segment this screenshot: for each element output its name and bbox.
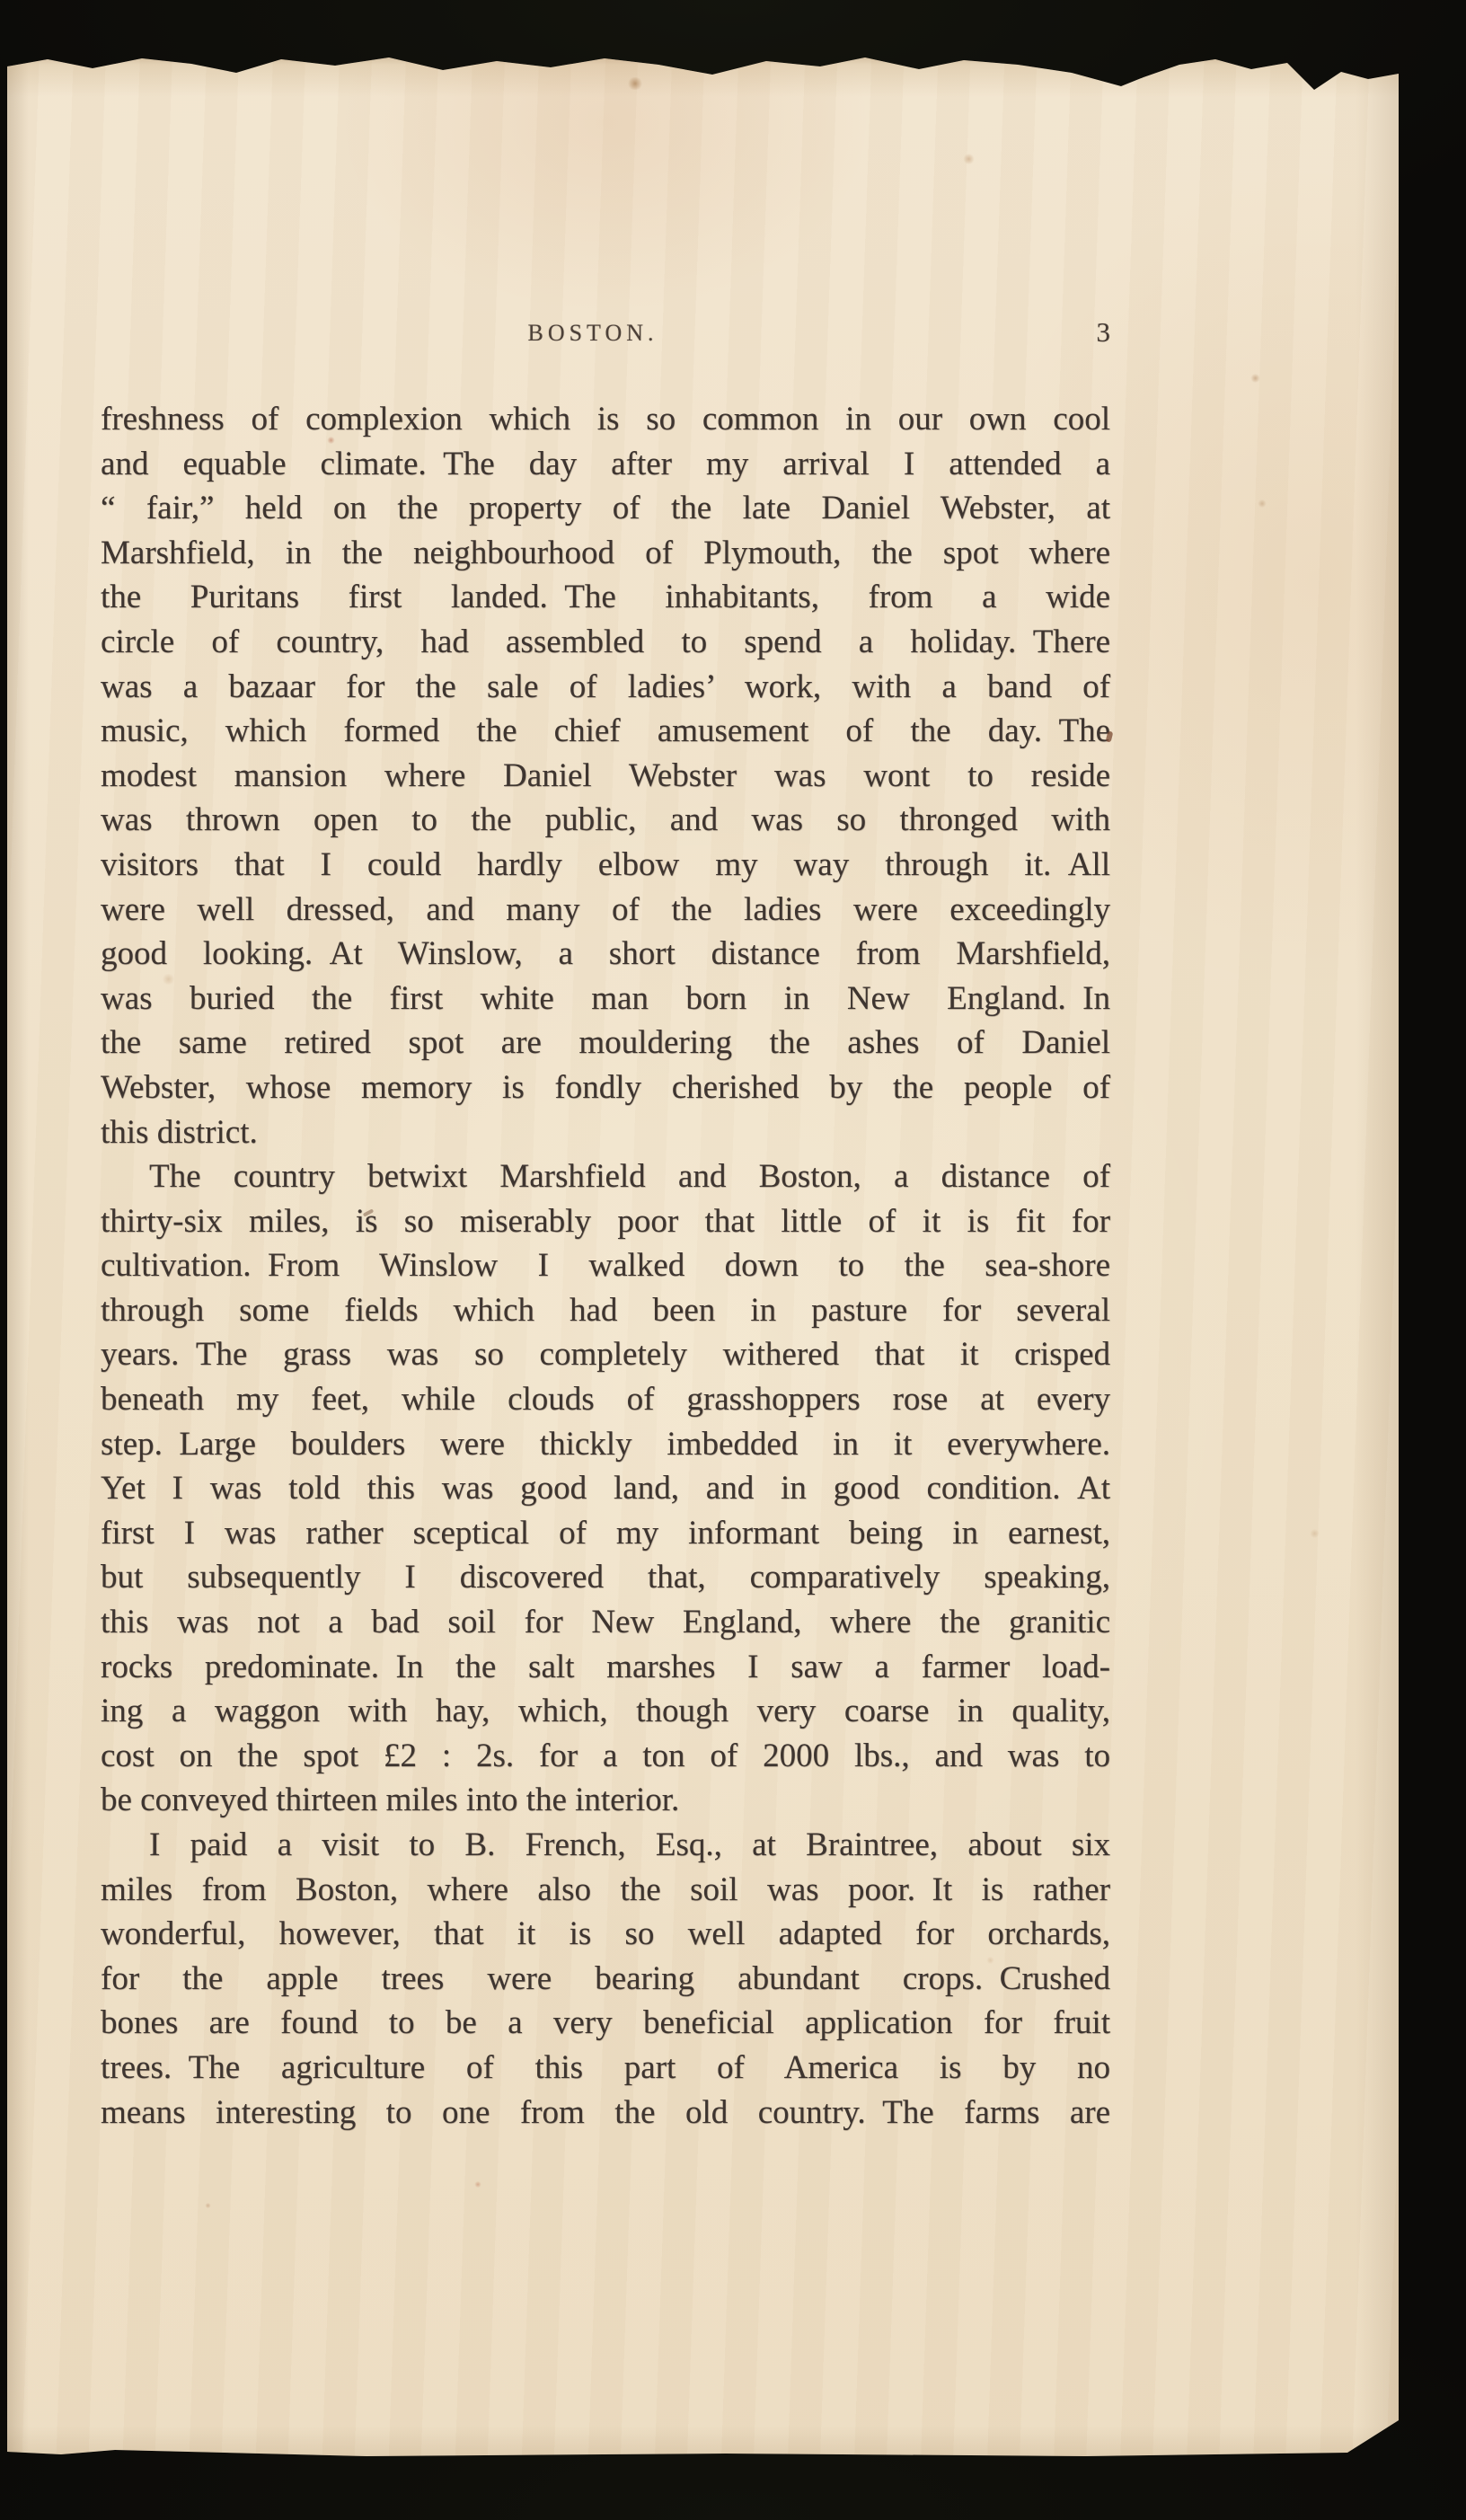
text-line: was thrown open to the public, and was s…	[101, 798, 1110, 843]
text-line: was a bazaar for the sale of ladies’ wor…	[101, 665, 1110, 710]
text-line: through some fields which had been in pa…	[101, 1288, 1110, 1333]
text-line: bones are found to be a very beneficial …	[101, 2001, 1110, 2046]
text-line: beneath my feet, while clouds of grassho…	[101, 1377, 1110, 1422]
text-line: wonderful, however, that it is so well a…	[101, 1912, 1110, 1957]
text-line: rocks predominate. In the salt marshes I…	[101, 1645, 1110, 1690]
text-line: were well dressed, and many of the ladie…	[101, 888, 1110, 933]
text-line: ing a waggon with hay, which, though ver…	[101, 1689, 1110, 1734]
text-line: trees. The agriculture of this part of A…	[101, 2046, 1110, 2091]
text-line: means interesting to one from the old co…	[101, 2091, 1110, 2135]
page-number: 3	[1097, 316, 1111, 349]
text-line: the Puritans first landed. The inhabitan…	[101, 575, 1110, 620]
text-line: the same retired spot are mouldering the…	[101, 1021, 1110, 1065]
foxing-spot	[474, 2181, 481, 2188]
text-line: thirty-six miles, is so miserably poor t…	[101, 1199, 1110, 1244]
text-line: miles from Boston, where also the soil w…	[101, 1868, 1110, 1913]
text-line: circle of country, had assembled to spen…	[101, 620, 1110, 665]
text-line: this district.	[101, 1110, 1110, 1155]
paragraph: The country betwixt Marshfield and Bosto…	[101, 1154, 1110, 1823]
text-line: cost on the spot £2 : 2s. for a ton of 2…	[101, 1734, 1110, 1779]
text-line: be conveyed thirteen miles into the inte…	[101, 1778, 1110, 1823]
text-line: good looking. At Winslow, a short distan…	[101, 932, 1110, 977]
foxing-spot	[627, 77, 643, 90]
text-line: music, which formed the chief amusement …	[101, 709, 1110, 754]
text-line: Marshfield, in the neighbourhood of Plym…	[101, 531, 1110, 576]
text-line: Yet I was told this was good land, and i…	[101, 1466, 1110, 1511]
text-line: modest mansion where Daniel Webster was …	[101, 754, 1110, 799]
text-line: first I was rather sceptical of my infor…	[101, 1511, 1110, 1556]
foxing-spot	[963, 154, 975, 164]
text-line: but subsequently I discovered that, comp…	[101, 1555, 1110, 1600]
body-text: freshness of complexion which is so comm…	[101, 397, 1110, 2135]
foxing-spot	[1310, 1529, 1320, 1538]
foxing-spot	[1258, 500, 1267, 508]
text-line: and equable climate. The day after my ar…	[101, 442, 1110, 487]
running-title: BOSTON.	[527, 320, 658, 347]
page-header: BOSTON. 3	[101, 316, 1110, 352]
scanned-book-page: BOSTON. 3 freshness of complexion which …	[0, 0, 1466, 2520]
text-line: for the apple trees were bearing abundan…	[101, 1957, 1110, 2002]
text-line: step. Large boulders were thickly imbedd…	[101, 1422, 1110, 1467]
text-line: this was not a bad soil for New England,…	[101, 1600, 1110, 1645]
paragraph: freshness of complexion which is so comm…	[101, 397, 1110, 1154]
text-line: was buried the first white man born in N…	[101, 977, 1110, 1021]
text-line: “ fair,” held on the property of the lat…	[101, 486, 1110, 531]
text-line: Webster, whose memory is fondly cherishe…	[101, 1065, 1110, 1110]
text-line: cultivation. From Winslow I walked down …	[101, 1243, 1110, 1288]
text-line: I paid a visit to B. French, Esq., at Br…	[101, 1823, 1110, 1868]
foxing-spot	[1250, 374, 1260, 383]
paragraph: I paid a visit to B. French, Esq., at Br…	[101, 1823, 1110, 2135]
text-line: freshness of complexion which is so comm…	[101, 397, 1110, 442]
text-line: visitors that I could hardly elbow my wa…	[101, 843, 1110, 888]
text-line: years. The grass was so completely withe…	[101, 1332, 1110, 1377]
foxing-spot	[205, 2203, 211, 2208]
text-line: The country betwixt Marshfield and Bosto…	[101, 1154, 1110, 1199]
book-page-paper: BOSTON. 3 freshness of complexion which …	[7, 50, 1399, 2458]
